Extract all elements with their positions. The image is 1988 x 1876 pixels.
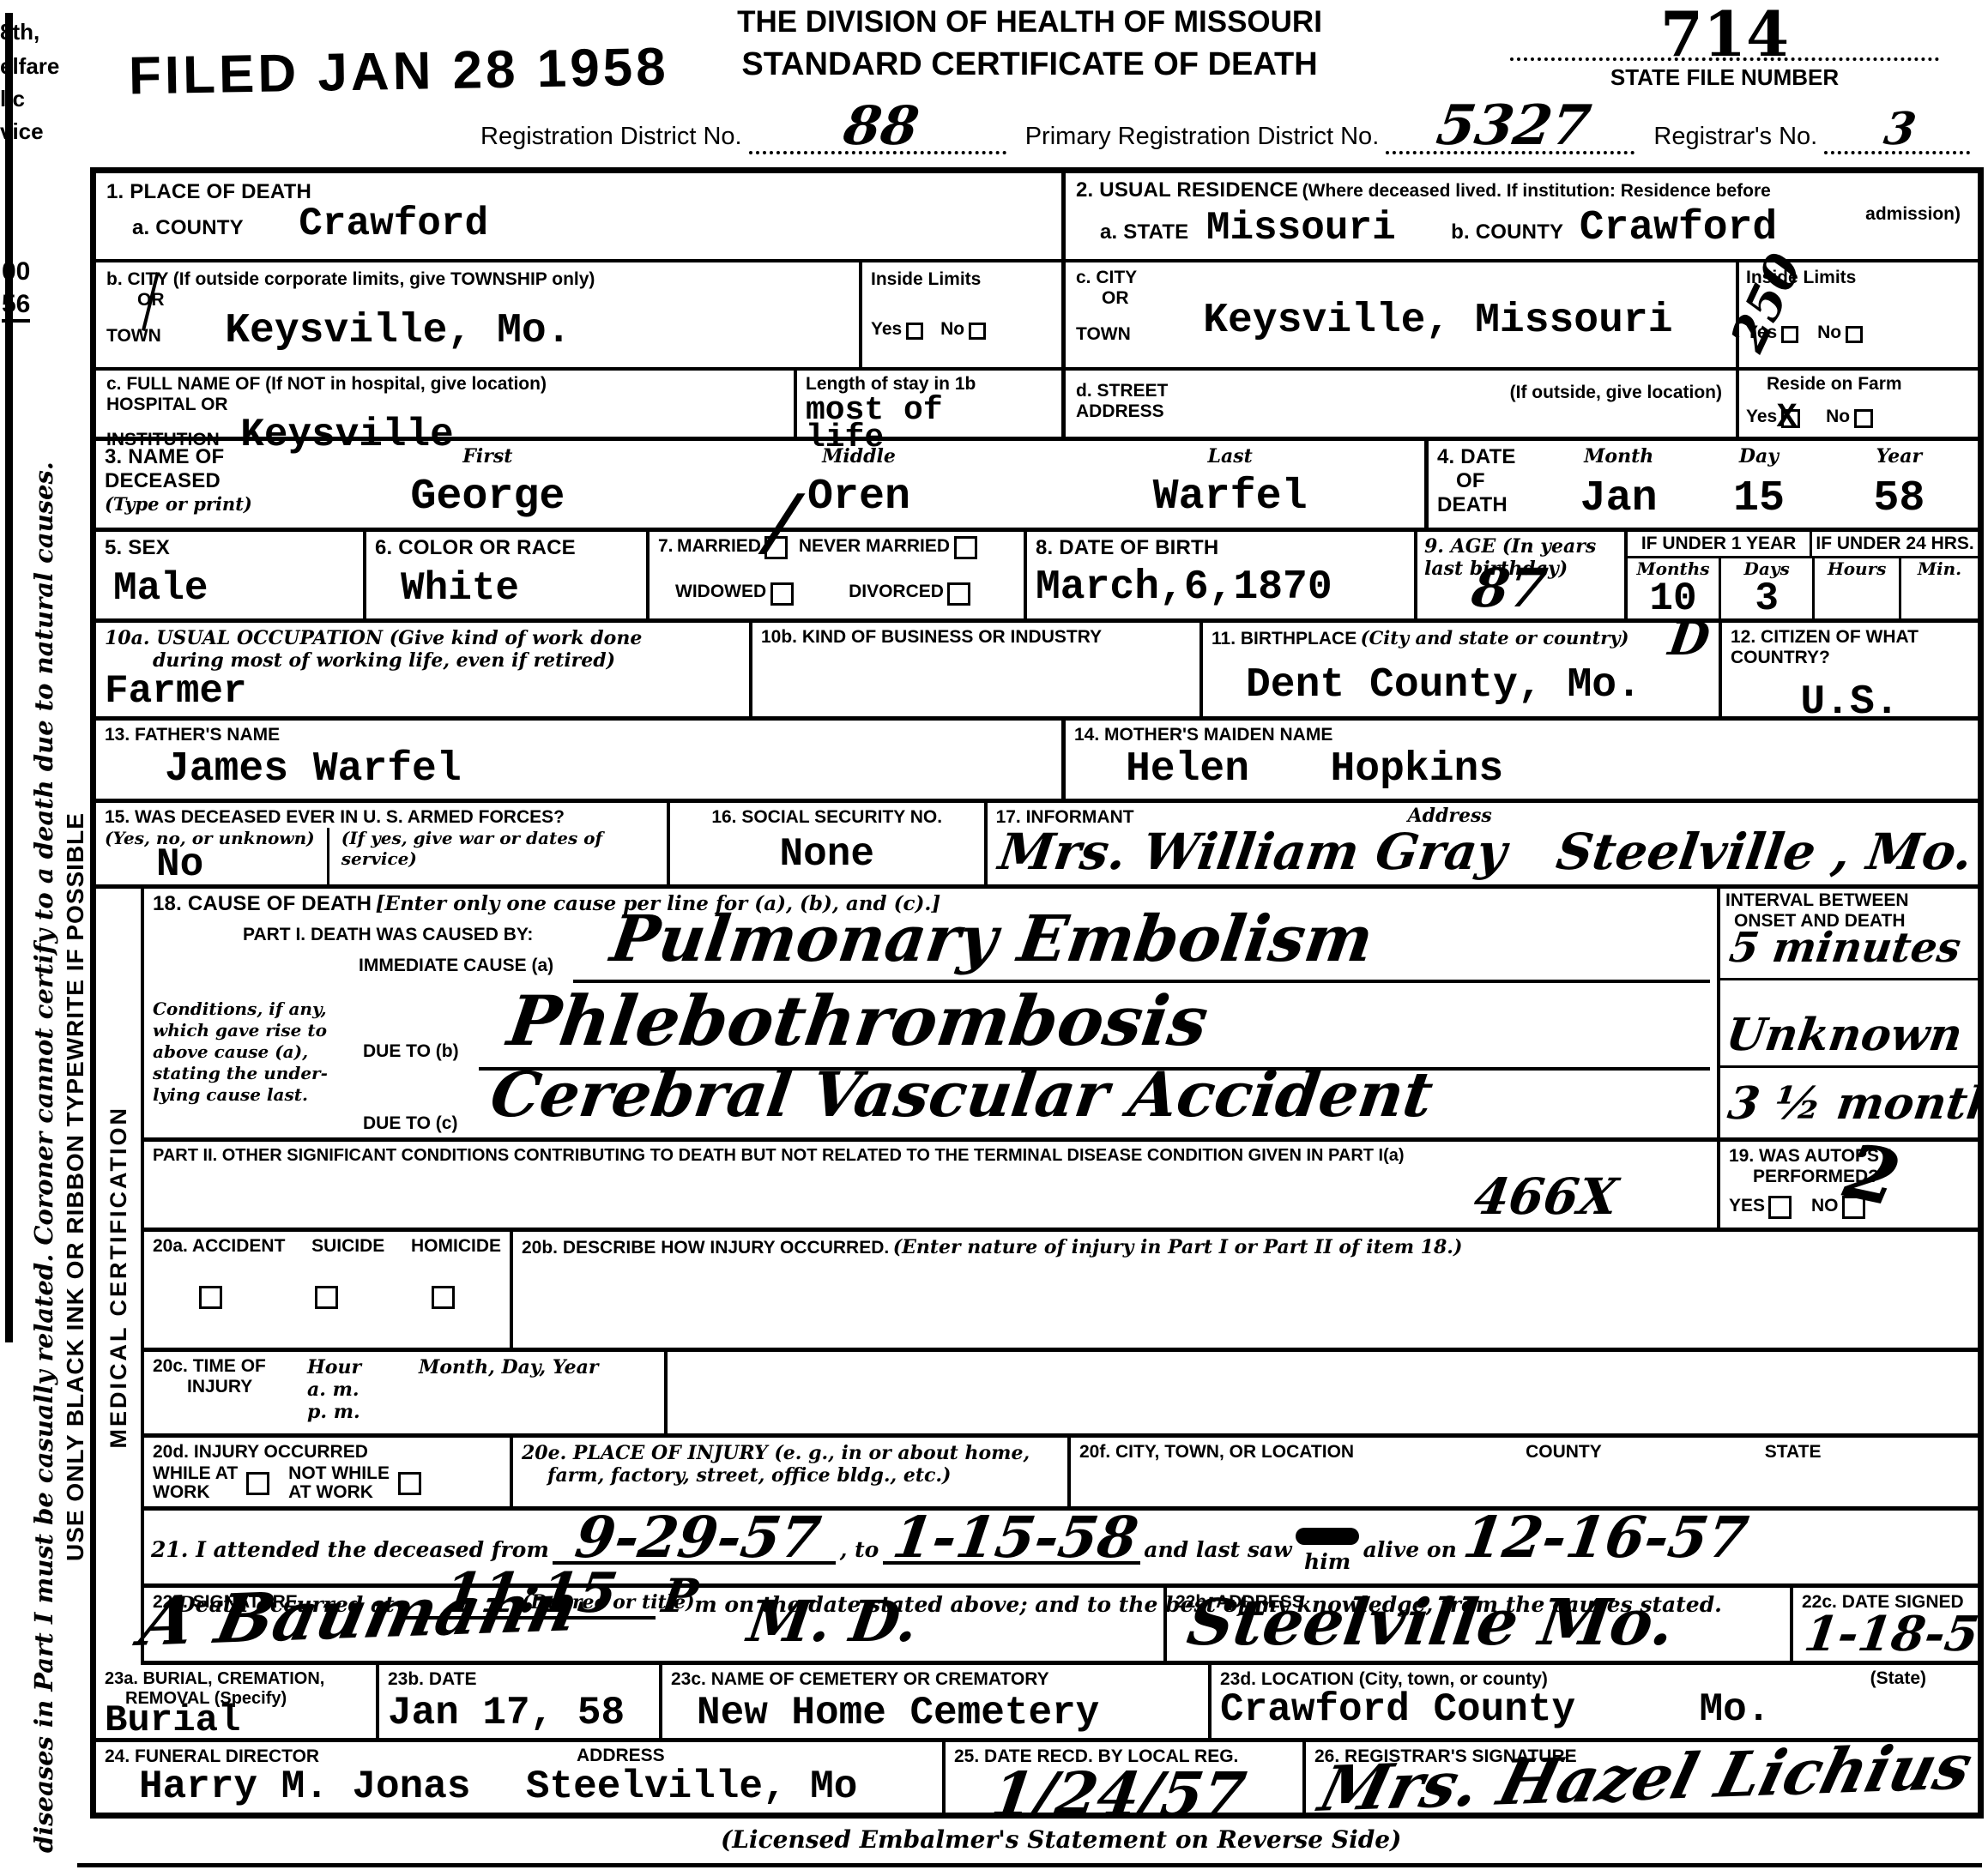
city-value: Keysville, Mo. — [225, 308, 571, 354]
section-time-of-injury: 20c. TIME OF INJURY Hour a. m. p. m. Mon… — [144, 1352, 668, 1433]
certificate-form: 1. PLACE OF DEATH a. COUNTY Crawford b. … — [90, 167, 1984, 1819]
ssn-value: None — [679, 835, 976, 874]
first-name-value: George — [302, 476, 674, 519]
middle-name-label: Middle — [674, 445, 1045, 467]
marital-num: 7. — [658, 536, 674, 556]
father-value: James Warfel — [165, 749, 1053, 790]
registrar-signature-value: Mrs. Hazel Lichius — [1314, 1739, 1983, 1818]
burial-date-value: Jan 17, 58 — [388, 1693, 650, 1733]
occupation-label-1: 10a. USUAL OCCUPATION (Give kind of work… — [105, 627, 740, 649]
cause-c-line — [479, 1136, 1710, 1141]
time-injury-label-2: INJURY — [187, 1377, 307, 1397]
street-address-label-2: ADDRESS — [1076, 401, 1725, 422]
place-of-injury-label-1: 20e. PLACE OF INJURY (e. g., in or about… — [522, 1442, 1059, 1464]
section-burial: 23a. BURIAL, CREMATION, REMOVAL (Specify… — [96, 1665, 379, 1738]
injury-county-label: COUNTY — [1526, 1442, 1602, 1502]
accident-checkbox — [199, 1286, 222, 1309]
autopsy-no-checkbox: 2 — [1842, 1196, 1865, 1219]
section-color-race: 6. COLOR OR RACE White — [366, 532, 650, 618]
attended-text-3: and last saw — [1144, 1537, 1291, 1562]
residence-county-value: Crawford — [1580, 205, 1777, 251]
dod-year-label: Year — [1829, 445, 1969, 467]
section-burial-date: 23b. DATE Jan 17, 58 — [379, 1665, 662, 1738]
hospital-label-1: c. FULL NAME OF (If NOT in hospital, giv… — [106, 374, 783, 395]
usual-residence-note: (Where deceased lived. If institution: R… — [1302, 181, 1771, 201]
part1-label: PART I. DEATH WAS CAUSED BY: — [243, 925, 533, 945]
section-signature: 22a. SIGNATURE (Degree or title) A Bauma… — [144, 1588, 1167, 1661]
section-cemetery: 23c. NAME OF CEMETERY OR CREMATORY New H… — [662, 1665, 1212, 1738]
sex-label: 5. SEX — [105, 536, 354, 560]
business-label: 10b. KIND OF BUSINESS OR INDUSTRY — [761, 627, 1191, 648]
divorced-checkbox — [947, 582, 970, 606]
row-physician-signature: 22a. SIGNATURE (Degree or title) A Bauma… — [144, 1588, 1978, 1665]
cemetery-label: 23c. NAME OF CEMETERY OR CREMATORY — [671, 1669, 1199, 1690]
section-usual-residence: 2. USUAL RESIDENCE (Where deceased lived… — [1066, 173, 1978, 437]
state-file-number-value: 714 — [1510, 7, 1939, 63]
homicide-label: HOMICIDE — [411, 1236, 501, 1257]
county-label: a. COUNTY — [132, 216, 244, 239]
row-name-dod: 3. NAME OF DECEASED (Type or print) Firs… — [96, 441, 1978, 532]
form-title: THE DIVISION OF HEALTH OF MISSOURI STAND… — [704, 5, 1356, 83]
interval-a-value: 5 minutes — [1727, 930, 1983, 967]
farm-yes-mark: X — [1777, 401, 1798, 436]
medical-certification-block: MEDICAL CERTIFICATION 18. CAUSE OF DEATH… — [96, 889, 1978, 1665]
margin-fragment-4: vice — [0, 118, 44, 145]
margin-fragment-1: 8th, — [0, 19, 39, 45]
section-informant: 17. INFORMANT Address Mrs. William Gray … — [988, 803, 1978, 884]
county-value: Crawford — [299, 202, 488, 246]
days-value: 3 — [1721, 579, 1812, 618]
section-date-signed: 22c. DATE SIGNED 1-18-58 — [1793, 1588, 1978, 1661]
age-value: 87 — [1469, 564, 1550, 612]
burial-state-note: (State) — [1870, 1668, 1926, 1689]
due-to-c-label: DUE TO (c) — [363, 1113, 457, 1134]
interval-header-1: INTERVAL BETWEEN — [1725, 890, 1973, 911]
burial-date-label: 23b. DATE — [388, 1669, 650, 1690]
section-father: 13. FATHER'S NAME James Warfel — [96, 721, 1066, 799]
part2-label: PART II. OTHER SIGNIFICANT CONDITIONS CO… — [153, 1146, 1708, 1166]
section-armed-forces: 15. WAS DECEASED EVER IN U. S. ARMED FOR… — [96, 803, 670, 884]
row-funeral-registrar: 24. FUNERAL DIRECTOR ADDRESS Harry M. Jo… — [96, 1742, 1978, 1819]
attended-to-value: 1-15-58 — [890, 1512, 1141, 1563]
reg-district-value: 88 — [841, 102, 921, 150]
reg-district-label: Registration District No. — [480, 123, 742, 150]
dob-label: 8. DATE OF BIRTH — [1036, 536, 1405, 560]
autopsy-yes-checkbox — [1768, 1196, 1792, 1219]
scan-edge-line — [5, 13, 13, 1342]
if-under-1-year-label: IF UNDER 1 YEAR — [1628, 532, 1812, 556]
section-date-received: 25. DATE RECD. BY LOCAL REG. 1/24/57 — [946, 1742, 1306, 1819]
birthplace-note: (City and state or country) — [1361, 627, 1629, 648]
margin-note-black-ink: USE ONLY BLACK INK OR RIBBON TYPEWRITE I… — [62, 506, 89, 1561]
suicide-checkbox — [315, 1286, 338, 1309]
last-seen-line: 12-16-57 — [1460, 1512, 1743, 1561]
residence-state-value: Missouri — [1206, 206, 1396, 250]
married-checkbox: / — [764, 536, 788, 559]
row-sex-race-marital: 5. SEX Male 6. COLOR OR RACE White 7. MA… — [96, 532, 1978, 623]
row-injury-place: 20d. INJURY OCCURRED WHILE AT WORK NOT W… — [144, 1438, 1978, 1511]
min-label: Min. — [1901, 558, 1978, 579]
burial-location-label: 23d. LOCATION (City, town, or county) — [1220, 1669, 1548, 1689]
cause-a-value: Pulmonary Embolism — [607, 911, 1376, 968]
farm-no-checkbox — [1854, 409, 1873, 428]
race-label: 6. COLOR OR RACE — [375, 536, 637, 560]
funeral-director-label: 24. FUNERAL DIRECTOR — [105, 1746, 319, 1766]
state-file-number-label: STATE FILE NUMBER — [1510, 64, 1939, 91]
dod-year-value: 58 — [1829, 478, 1969, 521]
cause-b-value: Phlebothrombosis — [505, 990, 1212, 1052]
usual-residence-title: 2. USUAL RESIDENCE — [1076, 178, 1298, 202]
hour-label: Hour — [307, 1356, 419, 1378]
not-while-at-work-label-1: NOT WHILE — [288, 1464, 390, 1483]
title-line-2: STANDARD CERTIFICATE OF DEATH — [704, 46, 1356, 83]
row-cause-of-death: 18. CAUSE OF DEATH [Enter only one cause… — [144, 889, 1978, 1142]
row-forces-ssn-informant: 15. WAS DECEASED EVER IN U. S. ARMED FOR… — [96, 803, 1978, 889]
occupation-value: Farmer — [105, 672, 740, 711]
mother-value-last: Hopkins — [1330, 746, 1503, 793]
physician-signature: A Baumann — [136, 1577, 583, 1653]
margin-fragment-3: lic — [0, 86, 25, 112]
cemetery-value: New Home Cemetery — [697, 1693, 1199, 1733]
informant-address-value: Steelville , Mo. — [1554, 829, 1975, 874]
interval-c-value: 3 ½ months — [1725, 1084, 1984, 1125]
inside-limits-yes-checkbox-1 — [906, 323, 923, 340]
first-name-label: First — [302, 445, 674, 467]
row-parents: 13. FATHER'S NAME James Warfel 14. MOTHE… — [96, 721, 1978, 803]
never-married-checkbox — [954, 536, 977, 559]
inside-limits-no-label-2: No — [1817, 323, 1841, 342]
bottom-scan-line — [77, 1863, 1982, 1867]
birthplace-scrawl: D — [1666, 618, 1713, 660]
due-to-b-label: DUE TO (b) — [363, 1041, 459, 1062]
pm-label: p. m. — [307, 1401, 419, 1423]
dod-day-value: 15 — [1689, 478, 1828, 521]
time-injury-label-1: 20c. TIME OF — [153, 1356, 307, 1377]
residence-state-label: a. STATE — [1100, 220, 1188, 244]
margin-number-2: 56 — [2, 290, 30, 323]
physician-degree: M. D. — [745, 1596, 921, 1647]
row-accident-describe: 20a. ACCIDENT SUICIDE HOMICIDE 20b. DESC… — [144, 1232, 1978, 1352]
section-citizen: 12. CITIZEN OF WHAT COUNTRY? U.S. — [1722, 623, 1978, 716]
section-place-of-death: 1. PLACE OF DEATH a. COUNTY Crawford b. … — [96, 173, 1066, 437]
registrar-no-label: Registrar's No. — [1653, 123, 1817, 150]
residence-city-label-1: c. CITY — [1076, 268, 1725, 288]
informant-value: Mrs. William Gray — [996, 829, 1509, 874]
section-registrar-signature: 26. REGISTRAR'S SIGNATURE Mrs. Hazel Lic… — [1306, 1742, 1978, 1819]
injury-open-area — [668, 1352, 1978, 1433]
last-name-label: Last — [1044, 445, 1416, 467]
interval-b-value: Unknown — [1724, 1016, 1984, 1056]
section-injury-occurred: 20d. INJURY OCCURRED WHILE AT WORK NOT W… — [144, 1438, 513, 1506]
cause-title: 18. CAUSE OF DEATH — [153, 892, 372, 915]
title-line-1: THE DIVISION OF HEALTH OF MISSOURI — [704, 5, 1356, 39]
inside-limits-yes-label-1: Yes — [871, 319, 902, 339]
dod-month-label: Month — [1549, 445, 1689, 467]
injury-occurred-label: 20d. INJURY OCCURRED — [153, 1442, 501, 1463]
accident-label: 20a. ACCIDENT — [153, 1236, 285, 1257]
inside-limits-no-checkbox-1 — [969, 323, 986, 340]
describe-injury-label: 20b. DESCRIBE HOW INJURY OCCURRED. — [522, 1238, 889, 1258]
interval-a-row: 5 minutes — [1720, 978, 1978, 980]
armed-forces-label: 15. WAS DECEASED EVER IN U. S. ARMED FOR… — [105, 807, 658, 828]
ssn-label: 16. SOCIAL SECURITY NO. — [679, 807, 976, 828]
attended-to-line: 1-15-58 — [883, 1512, 1140, 1565]
armed-forces-value: No — [156, 845, 327, 884]
ink-blot — [1296, 1528, 1359, 1545]
town-label: TOWN — [106, 326, 161, 346]
last-seen-value: 12-16-57 — [1460, 1512, 1751, 1563]
citizen-value: U.S. — [1731, 682, 1969, 723]
citizen-label: 12. CITIZEN OF WHAT COUNTRY? — [1731, 627, 1969, 668]
father-label: 13. FATHER'S NAME — [105, 725, 1053, 745]
burial-label-1: 23a. BURIAL, CREMATION, — [105, 1669, 367, 1689]
armed-forces-note-2: (If yes, give war or dates of service) — [329, 828, 658, 884]
while-at-work-label-1: WHILE AT — [153, 1464, 238, 1483]
describe-injury-note: (Enter nature of injury in Part I or Par… — [893, 1236, 1463, 1258]
primary-district-value: 5327 — [1434, 101, 1593, 151]
race-value: White — [401, 569, 637, 608]
section-funeral-director: 24. FUNERAL DIRECTOR ADDRESS Harry M. Jo… — [96, 1742, 946, 1819]
dod-title-3: DEATH — [1437, 493, 1549, 517]
row-place-residence: 1. PLACE OF DEATH a. COUNTY Crawford b. … — [96, 173, 1978, 441]
attended-text-1: 21. I attended the deceased from — [151, 1537, 549, 1562]
city-label: b. CITY (If outside corporate limits, gi… — [106, 269, 849, 290]
section-describe-injury: 20b. DESCRIBE HOW INJURY OCCURRED. (Ente… — [513, 1232, 1978, 1348]
outside-location-note: (If outside, give location) — [1510, 383, 1722, 403]
section-name-of-deceased: 3. NAME OF DECEASED (Type or print) Firs… — [96, 441, 1429, 528]
farm-yes-label: Yes — [1746, 407, 1777, 426]
attended-text-4: alive on — [1363, 1537, 1457, 1562]
section-sex: 5. SEX Male — [96, 532, 366, 618]
funeral-address-value: Steelville, Mo — [526, 1764, 857, 1809]
name-title-1: 3. NAME OF — [105, 445, 302, 469]
reside-on-farm-label: Reside on Farm — [1767, 374, 1971, 395]
married-label: MARRIED — [677, 536, 761, 556]
am-label: a. m. — [307, 1378, 419, 1401]
autopsy-yes-label: YES — [1729, 1196, 1765, 1215]
section-cause-of-death: 18. CAUSE OF DEATH [Enter only one cause… — [144, 889, 1720, 1137]
date-signed-value: 1-18-58 — [1802, 1613, 1975, 1656]
never-married-label: NEVER MARRIED — [799, 536, 950, 556]
immediate-cause-label: IMMEDIATE CAUSE (a) — [359, 956, 553, 976]
section-burial-location: 23d. LOCATION (City, town, or county) (S… — [1212, 1665, 1978, 1738]
section-birthplace: 11. BIRTHPLACE (City and state or countr… — [1203, 623, 1722, 716]
row-part2-autopsy: PART II. OTHER SIGNIFICANT CONDITIONS CO… — [144, 1142, 1978, 1232]
state-file-number-block: 714 STATE FILE NUMBER — [1510, 7, 1939, 91]
primary-district-line: 5327 — [1386, 101, 1635, 154]
name-title-2: DECEASED — [105, 469, 302, 493]
section-interval: INTERVAL BETWEEN ONSET AND DEATH 5 minut… — [1720, 889, 1978, 1137]
funeral-director-value: Harry M. Jonas — [139, 1764, 470, 1809]
embalmer-footer-note: (Licensed Embalmer's Statement on Revers… — [721, 1825, 1401, 1854]
section-injury-city: 20f. CITY, TOWN, OR LOCATION COUNTY STAT… — [1071, 1438, 1978, 1506]
injury-state-label: STATE — [1765, 1442, 1822, 1502]
while-at-work-label-2: WORK — [153, 1483, 238, 1502]
section-place-of-injury: 20e. PLACE OF INJURY (e. g., in or about… — [513, 1438, 1071, 1506]
hours-label: Hours — [1815, 558, 1899, 579]
injury-city-label: 20f. CITY, TOWN, OR LOCATION — [1079, 1442, 1354, 1502]
section-business-industry: 10b. KIND OF BUSINESS OR INDUSTRY — [752, 623, 1203, 716]
medical-certification-label: MEDICAL CERTIFICATION — [106, 1106, 132, 1449]
attended-text-2: , to — [840, 1537, 879, 1562]
registrar-no-value: 3 — [1882, 110, 1919, 150]
age-label-1: 9. AGE (In years — [1424, 535, 1617, 558]
sex-value: Male — [113, 569, 354, 608]
margin-note-casually-related: diseases in Part I must be casually rela… — [29, 369, 58, 1853]
residence-county-label: b. COUNTY — [1451, 220, 1563, 244]
section-part2: PART II. OTHER SIGNIFICANT CONDITIONS CO… — [144, 1142, 1720, 1228]
section-age: 9. AGE (In years last birthday) 87 IF UN… — [1417, 532, 1978, 618]
burial-value: Burial — [105, 1702, 367, 1740]
farm-no-label: No — [1826, 407, 1850, 426]
suicide-label: SUICIDE — [311, 1236, 384, 1257]
section-autopsy: 19. WAS AUTOPSY PERFORMED? YES NO 2 — [1720, 1142, 1978, 1228]
row-time-of-injury: 20c. TIME OF INJURY Hour a. m. p. m. Mon… — [144, 1352, 1978, 1438]
attended-from-line: 9-29-57 — [553, 1512, 836, 1565]
place-of-death-title: 1. PLACE OF DEATH — [106, 180, 1051, 204]
interval-b-row: Unknown — [1720, 1065, 1978, 1068]
physician-address-value: Steelville Mo. — [1184, 1595, 1677, 1652]
burial-location-state: Mo. — [1700, 1687, 1771, 1732]
mdy-label: Month, Day, Year — [419, 1356, 598, 1429]
section-date-of-death: 4. DATE OF DEATH Month Jan Day 15 Year 5… — [1429, 441, 1978, 528]
row-occupation-birthplace: 10a. USUAL OCCUPATION (Give kind of work… — [96, 623, 1978, 721]
birthplace-value: Dent County, Mo. — [1246, 665, 1710, 706]
section-marital-status: 7. MARRIED / NEVER MARRIED WIDOWED DIVOR… — [650, 532, 1027, 618]
section-physician-address: 22b. ADDRESS Steelville Mo. — [1167, 1588, 1793, 1661]
inside-limits-no-checkbox-2 — [1846, 326, 1863, 343]
residence-city-value: Keysville, Missouri — [1203, 298, 1672, 344]
usual-residence-note-2: admission) — [1865, 204, 1961, 225]
registration-line: Registration District No. 88 Primary Reg… — [480, 101, 1982, 154]
margin-fragment-2: elfare — [0, 53, 59, 80]
section-ssn: 16. SOCIAL SECURITY NO. None — [670, 803, 988, 884]
margin-number-1: 00 — [2, 257, 30, 287]
medical-certification-strip: MEDICAL CERTIFICATION — [96, 889, 144, 1665]
conditions-note: Conditions, if any, which gave rise to a… — [153, 998, 350, 1106]
inside-limits-label-1: Inside Limits — [871, 269, 1053, 290]
middle-name-value: Oren — [674, 476, 1045, 519]
row-burial: 23a. BURIAL, CREMATION, REMOVAL (Specify… — [96, 1665, 1978, 1742]
if-under-24-hrs-label: IF UNDER 24 HRS. — [1812, 532, 1978, 556]
registrar-no-line: 3 — [1824, 110, 1970, 154]
dod-month-value: Jan — [1549, 478, 1689, 521]
funeral-address-label: ADDRESS — [577, 1746, 665, 1766]
dod-title-2: OF — [1456, 469, 1549, 493]
attended-from-value: 9-29-57 — [572, 1512, 824, 1563]
section-accident-suicide-homicide: 20a. ACCIDENT SUICIDE HOMICIDE — [144, 1232, 513, 1348]
not-while-at-work-label-2: AT WORK — [288, 1483, 390, 1502]
mother-value-first: Helen — [1126, 746, 1249, 793]
section-date-of-birth: 8. DATE OF BIRTH March,6,1870 — [1027, 532, 1417, 618]
dob-value: March,6,1870 — [1036, 567, 1405, 608]
name-title-3: (Type or print) — [105, 493, 302, 515]
cause-c-value: Cerebral Vascular Accident — [487, 1067, 1436, 1123]
mother-label: 14. MOTHER'S MAIDEN NAME — [1074, 725, 1969, 745]
primary-district-label: Primary Registration District No. — [1025, 123, 1380, 150]
autopsy-no-label: NO — [1811, 1196, 1839, 1215]
dod-title-1: 4. DATE — [1437, 445, 1549, 469]
armed-forces-note-1: (Yes, no, or unknown) — [105, 828, 327, 848]
while-at-work-checkbox — [246, 1472, 269, 1495]
filed-stamp: FILED JAN 28 1958 — [128, 37, 669, 107]
birthplace-label: 11. BIRTHPLACE — [1212, 629, 1357, 648]
dod-day-label: Day — [1689, 445, 1828, 467]
death-certificate-scan: 8th, elfare lic vice 00 56 diseases in P… — [0, 0, 1988, 1876]
farm-yes-checkbox: X — [1781, 409, 1800, 428]
widowed-checkbox — [770, 582, 794, 606]
reg-district-line: 88 — [749, 102, 1006, 154]
inside-limits-no-label-1: No — [940, 319, 964, 339]
place-of-injury-label-2: farm, factory, street, office bldg., etc… — [547, 1464, 1059, 1487]
section-occupation: 10a. USUAL OCCUPATION (Give kind of work… — [96, 623, 752, 716]
last-name-value: Warfel — [1044, 476, 1416, 519]
divorced-label: DIVORCED — [849, 582, 944, 601]
burial-location-value: Crawford County — [1220, 1687, 1575, 1732]
date-received-value: 1/24/57 — [988, 1767, 1302, 1819]
residence-city-label-3: TOWN — [1076, 324, 1131, 344]
part2-value: 466X — [1471, 1174, 1620, 1219]
homicide-checkbox — [432, 1286, 455, 1309]
section-mother: 14. MOTHER'S MAIDEN NAME Helen Hopkins — [1066, 721, 1978, 799]
not-while-at-work-checkbox — [398, 1472, 421, 1495]
widowed-label: WIDOWED — [675, 582, 766, 601]
